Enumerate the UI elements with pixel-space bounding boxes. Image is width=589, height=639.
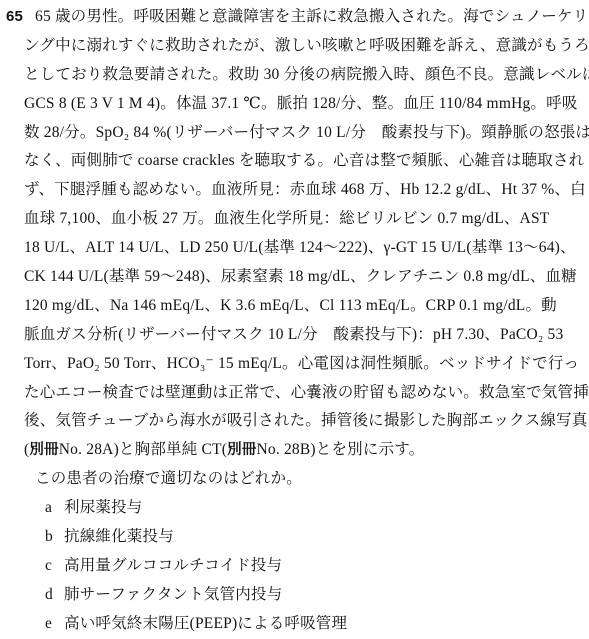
body-text: 120 mg/dL、Na 146 mEq/L、K 3.6 mEq/L、Cl 11…: [24, 297, 557, 314]
body-text: 18 U/L、ALT 14 U/L、LD 250 U/L(基準 124～222)…: [24, 239, 576, 256]
body-text: ず、下腿浮腫も認めない。血液所見：赤血球 468 万、Hb 12.2 g/dL、…: [24, 181, 586, 198]
option-e: e高い呼気終末陽圧(PEEP)による呼吸管理: [24, 610, 589, 639]
options-list: a利尿薬投与 b抗線維化薬投与 c高用量グルココルチコイド投与 d肺サーファクタ…: [24, 494, 589, 638]
body-line: 18 U/L、ALT 14 U/L、LD 250 U/L(基準 124～222)…: [24, 234, 589, 263]
option-text: 肺サーファクタント気管内投与: [64, 586, 282, 603]
body-line: ず、下腿浮腫も認めない。血液所見：赤血球 468 万、Hb 12.2 g/dL、…: [24, 176, 589, 205]
body-text: なく、両側肺で coarse crackles を聴取する。心音は整で頻脈、心雑…: [24, 152, 584, 169]
body-text: 血球 7,100、血小板 27 万。血液生化学所見：総ビリルビン 0.7 mg/…: [24, 210, 549, 227]
option-letter: d: [45, 581, 64, 610]
option-a: a利尿薬投与: [24, 494, 589, 523]
question-number: 65: [6, 3, 23, 32]
body-text: GCS 8 (E 3 V 1 M 4)。体温 37.1 ℃。脈拍 128/分、整…: [24, 95, 578, 112]
body-line: た心エコー検査では壁運動は正常で、心嚢液の貯留も認めない。救急室で気管挿管: [24, 379, 589, 408]
body-line: 脈血ガス分析(リザーバー付マスク 10 L/分 酸素投与下)：pH 7.30、P…: [24, 321, 589, 350]
body-line: 後、気管チューブから海水が吸引された。挿管後に撮影した胸部エックス線写真: [24, 407, 589, 436]
option-text: 高用量グルココルチコイド投与: [64, 557, 282, 574]
body-text: 65 歳の男性。呼吸困難と意識障害を主訴に救急搬入された。海でシュノーケリ: [35, 8, 588, 25]
option-text: 利尿薬投与: [64, 499, 143, 516]
question-prompt: この患者の治療で適切なのはどれか。: [24, 465, 589, 494]
reference-text: No. 28B)とを別に示す。: [256, 441, 424, 458]
option-letter: b: [45, 523, 64, 552]
option-letter: c: [45, 552, 64, 581]
option-b: b抗線維化薬投与: [24, 523, 589, 552]
body-text: 数 28/分。SpO₂ 84 %(リザーバー付マスク 10 L/分 酸素投与下)…: [24, 124, 589, 141]
body-text: CK 144 U/L(基準 59～248)、尿素窒素 18 mg/dL、クレアチ…: [24, 268, 577, 285]
body-line: 120 mg/dL、Na 146 mEq/L、K 3.6 mEq/L、Cl 11…: [24, 292, 589, 321]
reference-text: No. 28A)と胸部単純 CT(: [59, 441, 227, 458]
option-d: d肺サーファクタント気管内投与: [24, 581, 589, 610]
bessatsu-label: 別冊: [227, 442, 256, 458]
exam-question-page: 65 65 歳の男性。呼吸困難と意識障害を主訴に救急搬入された。海でシュノーケリ…: [0, 0, 589, 639]
body-line: ング中に溺れすぐに救助されたが、激しい咳嗽と呼吸困難を訴え、意識がもうろう: [24, 32, 589, 61]
body-line: 血球 7,100、血小板 27 万。血液生化学所見：総ビリルビン 0.7 mg/…: [24, 205, 589, 234]
body-text: Torr、PaO₂ 50 Torr、HCO₃⁻ 15 mEq/L。心電図は洞性頻…: [24, 355, 579, 372]
option-letter: e: [45, 610, 64, 639]
option-text: 高い呼気終末陽圧(PEEP)による呼吸管理: [64, 615, 347, 632]
body-text: としており救急要請された。救助 30 分後の病院搬入時、顔色不良。意識レベルは: [24, 66, 589, 83]
reference-line: (別冊No. 28A)と胸部単純 CT(別冊No. 28B)とを別に示す。: [24, 436, 589, 465]
body-text: た心エコー検査では壁運動は正常で、心嚢液の貯留も認めない。救急室で気管挿管: [24, 384, 589, 401]
body-line: GCS 8 (E 3 V 1 M 4)。体温 37.1 ℃。脈拍 128/分、整…: [24, 90, 589, 119]
body-line: 数 28/分。SpO₂ 84 %(リザーバー付マスク 10 L/分 酸素投与下)…: [24, 119, 589, 148]
body-line: CK 144 U/L(基準 59～248)、尿素窒素 18 mg/dL、クレアチ…: [24, 263, 589, 292]
option-c: c高用量グルココルチコイド投与: [24, 552, 589, 581]
body-line: としており救急要請された。救助 30 分後の病院搬入時、顔色不良。意識レベルは: [24, 61, 589, 90]
body-line: 65 65 歳の男性。呼吸困難と意識障害を主訴に救急搬入された。海でシュノーケリ: [24, 3, 589, 32]
option-letter: a: [45, 494, 64, 523]
body-text: 脈血ガス分析(リザーバー付マスク 10 L/分 酸素投与下)：pH 7.30、P…: [24, 326, 563, 343]
option-text: 抗線維化薬投与: [64, 528, 174, 545]
bessatsu-label: 別冊: [29, 442, 58, 458]
prompt-text: この患者の治療で適切なのはどれか。: [35, 470, 302, 487]
body-text: ング中に溺れすぐに救助されたが、激しい咳嗽と呼吸困難を訴え、意識がもうろう: [24, 37, 589, 54]
body-line: Torr、PaO₂ 50 Torr、HCO₃⁻ 15 mEq/L。心電図は洞性頻…: [24, 350, 589, 379]
body-line: なく、両側肺で coarse crackles を聴取する。心音は整で頻脈、心雑…: [24, 147, 589, 176]
body-text: 後、気管チューブから海水が吸引された。挿管後に撮影した胸部エックス線写真: [24, 412, 588, 429]
